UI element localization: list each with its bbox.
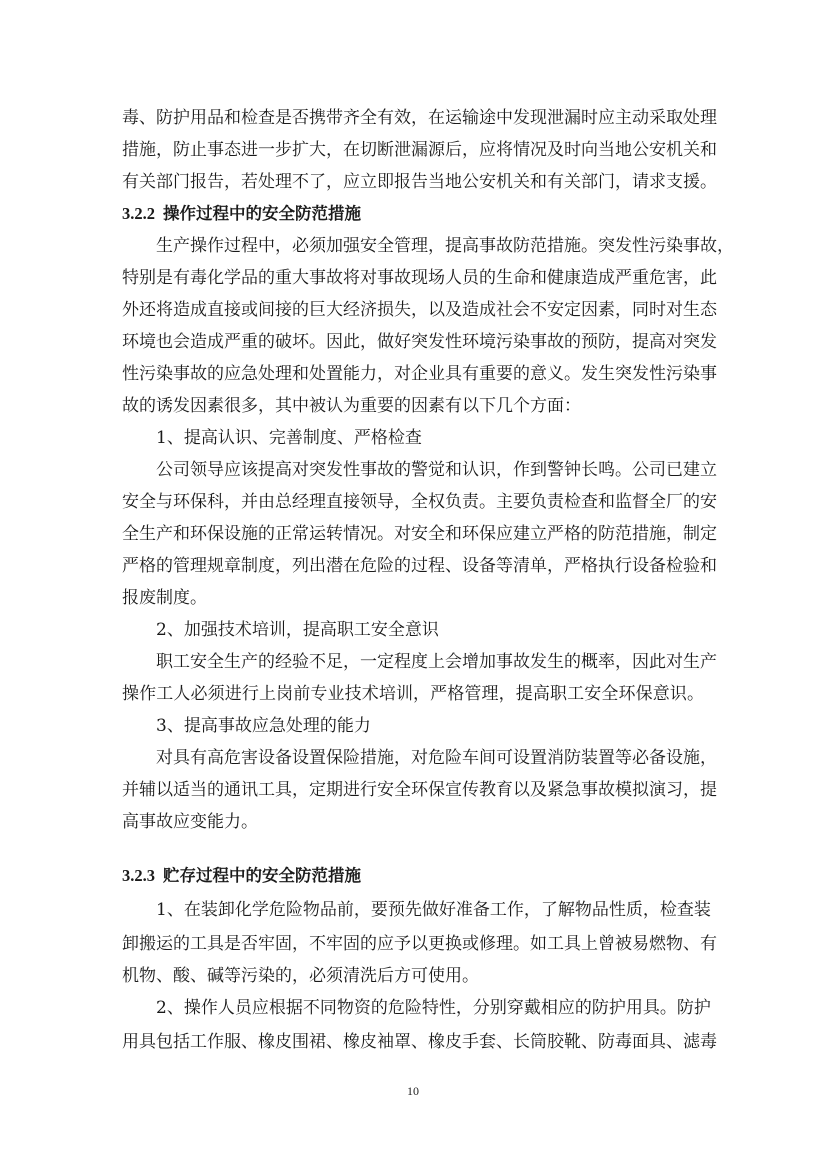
paragraph-line: 全生产和环保设施的正常运转情况。对安全和环保应建立严格的防范措施，制定	[122, 523, 704, 545]
paragraph-line: 2、操作人员应根据不同物资的危险特性，分别穿戴相应的防护用具。防护	[122, 997, 704, 1019]
paragraph-line: 有关部门报告，若处理不了，应立即报告当地公安机关和有关部门，请求支援。	[122, 171, 704, 193]
paragraph-line: 生产操作过程中，必须加强安全管理，提高事故防范措施。突发性污染事故，	[122, 235, 704, 257]
paragraph-line: 报废制度。	[122, 587, 704, 609]
page-number: 10	[0, 1084, 826, 1099]
paragraph-line: 毒、防护用品和检查是否携带齐全有效，在运输途中发现泄漏时应主动采取处理	[122, 107, 704, 129]
list-item-heading: 3、提高事故应急处理的能力	[122, 715, 704, 737]
list-item-heading: 2、加强技术培训，提高职工安全意识	[122, 619, 704, 641]
paragraph-line: 1、在装卸化学危险物品前，要预先做好准备工作，了解物品性质，检查装	[122, 899, 704, 921]
paragraph-line: 公司领导应该提高对突发性事故的警觉和认识，作到警钟长鸣。公司已建立	[122, 459, 704, 481]
paragraph-line: 性污染事故的应急处理和处置能力，对企业具有重要的意义。发生突发性污染事	[122, 363, 704, 385]
paragraph-line: 并辅以适当的通讯工具，定期进行安全环保宣传教育以及紧急事故模拟演习，提	[122, 779, 704, 801]
list-item-heading: 1、提高认识、完善制度、严格检查	[122, 427, 704, 449]
paragraph-line: 操作工人必须进行上岗前专业技术培训，严格管理，提高职工安全环保意识。	[122, 683, 704, 705]
paragraph-line: 故的诱发因素很多，其中被认为重要的因素有以下几个方面：	[122, 395, 704, 417]
paragraph-line: 环境也会造成严重的破坏。因此，做好突发性环境污染事故的预防，提高对突发	[122, 331, 704, 353]
paragraph-line: 卸搬运的工具是否牢固，不牢固的应予以更换或修理。如工具上曾被易燃物、有	[122, 933, 704, 955]
paragraph-line: 安全与环保科，并由总经理直接领导，全权负责。主要负责检查和监督全厂的安	[122, 491, 704, 513]
section-title: 贮存过程中的安全防范措施	[163, 866, 361, 885]
paragraph-line: 职工安全生产的经验不足，一定程度上会增加事故发生的概率，因此对生产	[122, 651, 704, 673]
paragraph-line: 机物、酸、碱等污染的，必须清洗后方可使用。	[122, 965, 704, 987]
paragraph-line: 严格的管理规章制度，列出潜在危险的过程、设备等清单，严格执行设备检验和	[122, 555, 704, 577]
paragraph-line: 对具有高危害设备设置保险措施，对危险车间可设置消防装置等必备设施，	[122, 747, 704, 769]
section-heading-3-2-2: 3.2.2操作过程中的安全防范措施	[122, 203, 361, 225]
section-title: 操作过程中的安全防范措施	[163, 204, 361, 223]
paragraph-line: 特别是有毒化学品的重大事故将对事故现场人员的生命和健康造成严重危害，此	[122, 267, 704, 289]
paragraph-line: 用具包括工作服、橡皮围裙、橡皮袖罩、橡皮手套、长筒胶靴、防毒面具、滤毒	[122, 1031, 704, 1053]
paragraph-line: 外还将造成直接或间接的巨大经济损失，以及造成社会不安定因素，同时对生态	[122, 299, 704, 321]
section-number: 3.2.3	[122, 866, 155, 885]
section-number: 3.2.2	[122, 204, 155, 223]
paragraph-line: 高事故应变能力。	[122, 811, 704, 833]
paragraph-line: 措施，防止事态进一步扩大，在切断泄漏源后，应将情况及时向当地公安机关和	[122, 139, 704, 161]
section-heading-3-2-3: 3.2.3贮存过程中的安全防范措施	[122, 865, 361, 887]
